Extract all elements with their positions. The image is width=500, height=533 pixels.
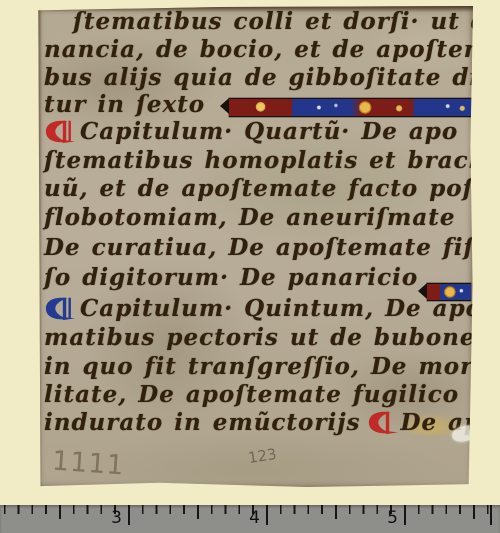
line-text: De curatiua, De apoſtemate fiſtul	[44, 234, 500, 261]
manuscript-line: in quo fit tranſgreſſio, De morta	[44, 354, 500, 380]
pencil-folio-number: 123	[247, 445, 278, 467]
manuscript-line: bus alijs quia de gibboſitate dici	[44, 65, 500, 91]
manuscript-line: uũ, et de apoſtemate facto poſt	[44, 176, 485, 202]
manuscript-line: Capitulum· Quartũ· De apo	[44, 119, 458, 145]
line-text: ſtematibus colli et dorſi· ut de ſq	[73, 8, 500, 35]
ruler-number: 4	[230, 508, 260, 528]
manuscript-fragment: ſtematibus colli et dorſi· ut de ſq nanc…	[37, 6, 473, 488]
line-text: bus alijs quia de gibboſitate dici	[44, 64, 500, 91]
line-text: litate, De apoſtemate fugilico	[44, 381, 459, 408]
manuscript-line: flobotomiam, De aneuriſmate	[44, 205, 456, 231]
manuscript-line: ſo digitorum· De panaricio	[44, 265, 418, 291]
manuscript-line: matibus pectoris ut de bubone	[44, 325, 476, 351]
line-text: matibus pectoris ut de bubone	[44, 324, 476, 351]
line-text: Capitulum· Quartũ· De apo	[80, 118, 458, 145]
line-text: in quo fit tranſgreſſio, De morta	[44, 353, 500, 380]
manuscript-line: ſtematibus colli et dorſi· ut de ſq	[73, 9, 500, 35]
line-text: ſtematibus homoplatis et brachi	[44, 147, 496, 174]
line-text: nancia, de bocio, et de apoſtema	[44, 36, 500, 63]
manuscript-line: Capitulum· Quintum, De apoſ	[44, 296, 493, 322]
illuminated-line-filler-icon	[229, 98, 472, 117]
ruler-number: 3	[92, 508, 122, 528]
paraph-mark-icon	[44, 119, 76, 144]
manuscript-line: tur in ſexto	[44, 92, 205, 118]
line-text: ſo digitorum· De panaricio	[44, 264, 418, 291]
line-text: uũ, et de apoſtemate facto poſt	[44, 175, 485, 202]
manuscript-line: indurato in emũctorijsDe ap	[44, 410, 481, 436]
manuscript-line: De curatiua, De apoſtemate fiſtul	[44, 235, 500, 261]
line-text: flobotomiam, De aneuriſmate	[44, 204, 456, 231]
line-text: indurato in emũctorijs	[44, 409, 361, 436]
manuscript-line: nancia, de bocio, et de apoſtema	[44, 37, 500, 63]
manuscript-line: litate, De apoſtemate fugilico	[44, 382, 459, 408]
photograph-background: ſtematibus colli et dorſi· ut de ſq nanc…	[0, 0, 500, 533]
centimeter-ruler: 3 4 5	[0, 505, 500, 533]
paraph-mark-icon	[44, 296, 76, 321]
manuscript-line: ſtematibus homoplatis et brachi	[44, 148, 496, 174]
inscription-strokes: 1111	[51, 446, 126, 482]
line-text: tur in ſexto	[44, 91, 205, 118]
ruler-number: 5	[368, 508, 398, 528]
line-text: Capitulum· Quintum, De apoſ	[80, 295, 493, 322]
paraph-mark-icon	[367, 410, 399, 435]
